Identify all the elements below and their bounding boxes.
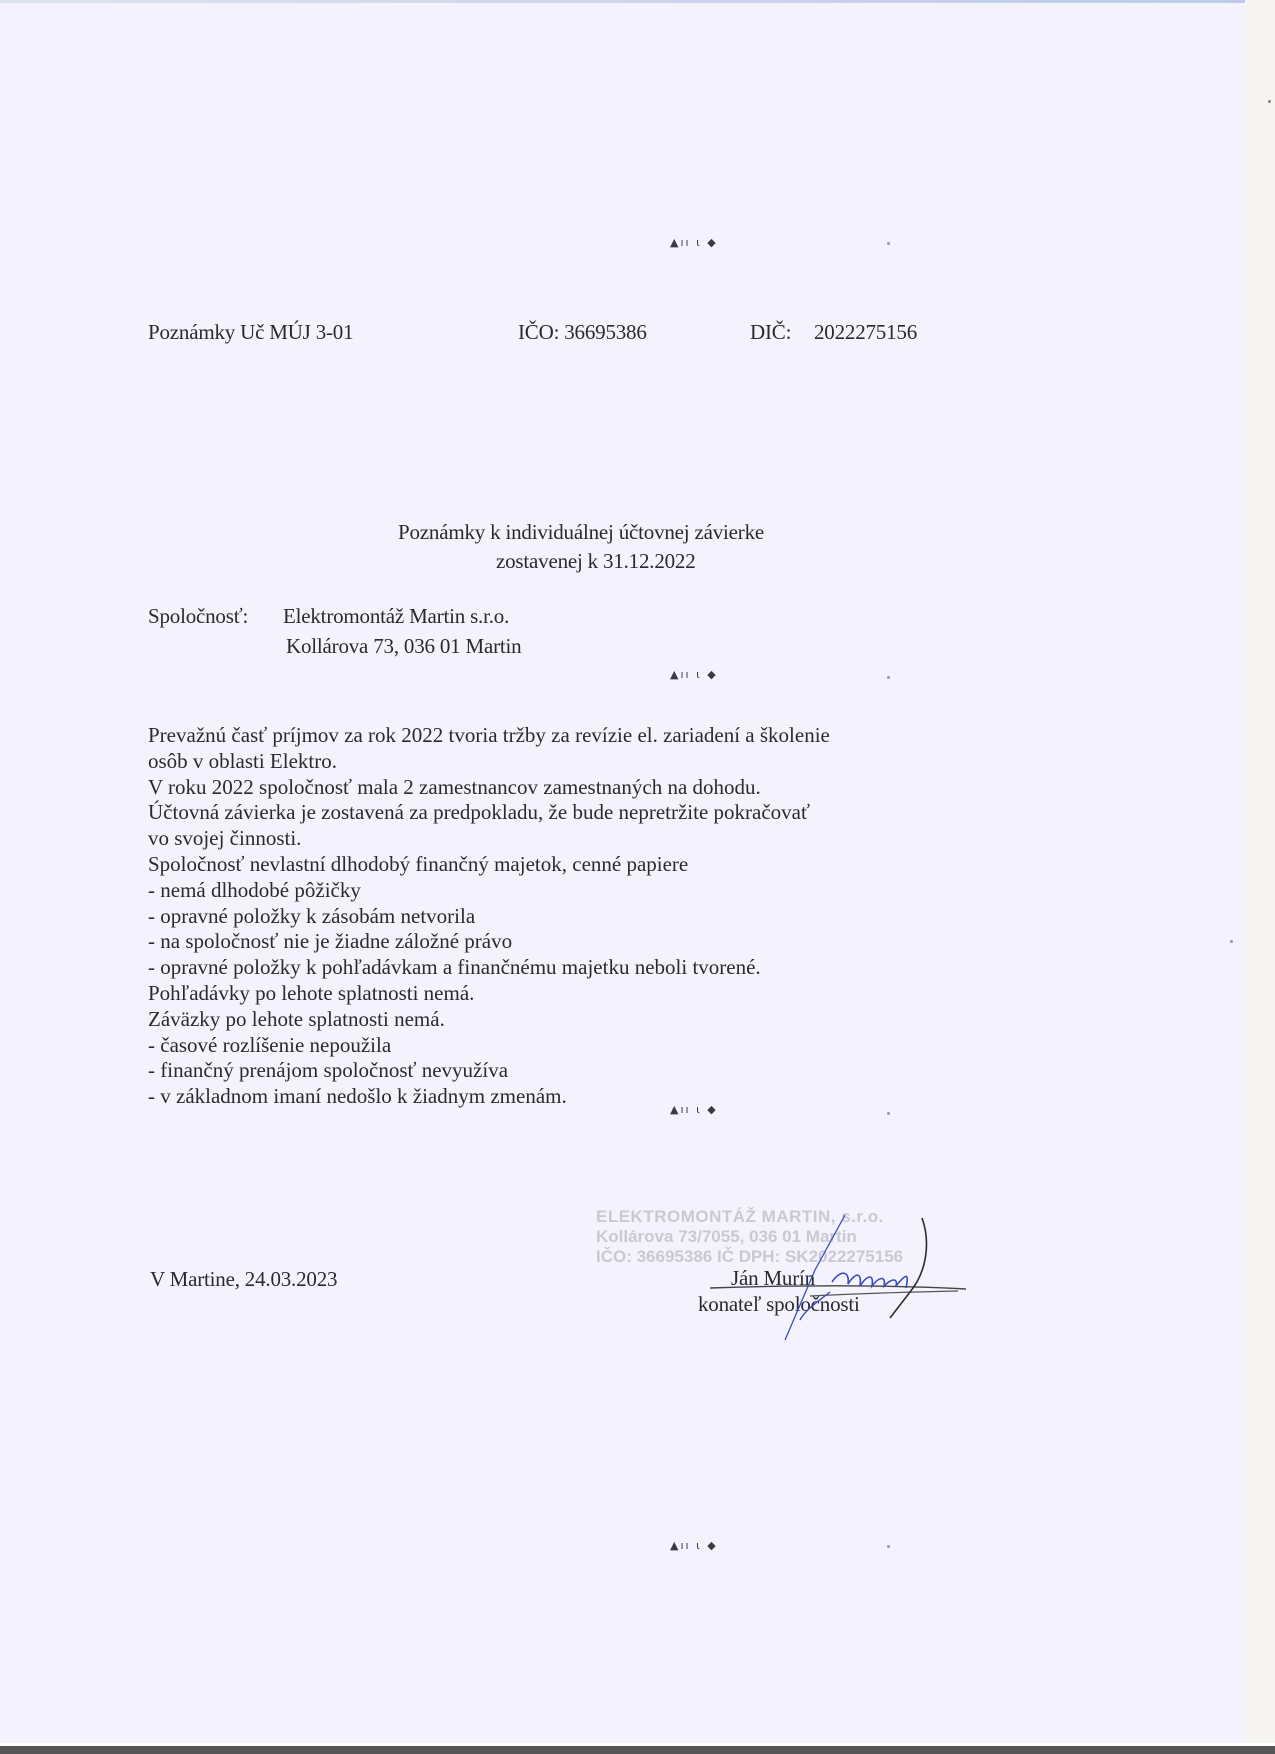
scan-dust	[887, 1545, 890, 1548]
document-subtitle: zostavenej k 31.12.2022	[496, 549, 696, 573]
notes-line: osôb v oblasti Elektro.	[148, 749, 830, 775]
notes-line: Účtovná závierka je zostavená za predpok…	[148, 800, 830, 826]
notes-line: Záväzky po lehote splatnosti nemá.	[148, 1007, 830, 1033]
notes-line: Spoločnosť nevlastní dlhodobý finančný m…	[148, 852, 830, 878]
notes-line: - nemá dlhodobé pôžičky	[148, 878, 830, 904]
notes-line: Pohľadávky po lehote splatnosti nemá.	[148, 981, 830, 1007]
scan-bottom-edge	[0, 1746, 1275, 1754]
document-title: Poznámky k individuálnej účtovnej závier…	[398, 520, 764, 544]
ico-number: IČO: 36695386	[518, 320, 647, 344]
scan-dust	[1230, 940, 1233, 943]
notes-line: - v základnom imaní nedošlo k žiadnym zm…	[148, 1084, 830, 1110]
signature-icon	[690, 1200, 990, 1350]
dic-value: 2022275156	[814, 320, 917, 344]
scan-mark: ▲ıı ɩ ◆	[670, 668, 718, 681]
company-name: Elektromontáž Martin s.r.o.	[283, 604, 509, 628]
scan-dust	[1268, 100, 1271, 103]
scan-top-edge	[0, 0, 1245, 3]
notes-line: vo svojej činnosti.	[148, 826, 830, 852]
scan-dust	[887, 1112, 890, 1115]
notes-line: - časové rozlíšenie nepoužila	[148, 1033, 830, 1059]
notes-line: - opravné položky k pohľadávkam a finanč…	[148, 955, 830, 981]
form-id: Poznámky Uč MÚJ 3-01	[148, 320, 353, 344]
notes-line: - opravné položky k zásobám netvorila	[148, 904, 830, 930]
scan-mark: ▲ıı ɩ ◆	[670, 236, 718, 249]
company-address: Kollárova 73, 036 01 Martin	[286, 634, 521, 658]
notes-line: - finančný prenájom spoločnosť nevyužíva	[148, 1058, 830, 1084]
dic-label: DIČ:	[750, 320, 791, 344]
notes-body: Prevažnú časť príjmov za rok 2022 tvoria…	[148, 723, 830, 1110]
notes-line: V roku 2022 spoločnosť mala 2 zamestnanc…	[148, 775, 830, 801]
scan-dust	[887, 676, 890, 679]
scan-dust	[887, 242, 890, 245]
company-label: Spoločnosť:	[148, 604, 248, 628]
scan-mark: ▲ıı ɩ ◆	[670, 1539, 718, 1552]
notes-line: Prevažnú časť príjmov za rok 2022 tvoria…	[148, 723, 830, 749]
notes-line: - na spoločnosť nie je žiadne záložné pr…	[148, 929, 830, 955]
place-date: V Martine, 24.03.2023	[150, 1267, 337, 1291]
scan-margin	[1245, 0, 1275, 1754]
